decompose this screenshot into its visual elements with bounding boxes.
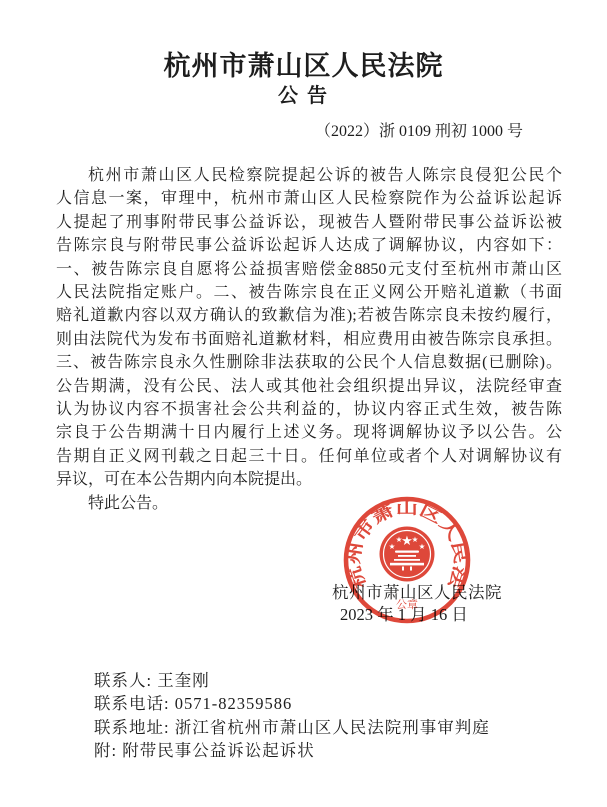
body-line: 告期自正义网刊载之日起三十日。任何单位或者个人对调解协议有: [56, 445, 562, 468]
body-line: 则由法院代为发布书面赔礼道歉材料，相应费用由被告陈宗良承担。: [56, 328, 562, 351]
court-name-title: 杭州市萧山区人民法院: [0, 50, 607, 82]
contact-line: 联系人: 王奎刚: [94, 669, 490, 692]
contact-info: 联系人: 王奎刚联系电话: 0571-82359586联系地址: 浙江省杭州市萧…: [94, 669, 490, 763]
doc-type-title: 公 告: [0, 84, 607, 108]
body-line: 宗良于公告期满十日内履行上述义务。现将调解协议予以公告。公: [56, 421, 562, 444]
contact-line: 附: 附带民事公益诉讼起诉状: [94, 739, 490, 762]
contact-line: 联系电话: 0571-82359586: [94, 692, 490, 715]
body-line: 人民法院指定账户。二、被告陈宗良在正义网公开赔礼道歉（书面: [56, 281, 562, 304]
body-line: 告陈宗良与附带民事公益诉讼起诉人达成了调解协议，内容如下：: [56, 234, 562, 257]
national-emblem-icon: ★ ★ ★ ★ ★: [380, 527, 435, 582]
svg-text:★: ★: [401, 533, 413, 548]
case-number: （2022）浙 0109 刑初 1000 号: [315, 122, 523, 142]
svg-text:★: ★: [396, 535, 403, 544]
body-line: 三、被告陈宗良永久性删除非法获取的公民个人信息数据(已删除)。: [56, 351, 562, 374]
signature-court-name: 杭州市萧山区人民法院: [332, 581, 502, 604]
announcement-body: 杭州市萧山区人民检察院提起公诉的被告人陈宗良侵犯公民个人信息一案，审理中，杭州市…: [56, 164, 562, 515]
body-line: 人信息一案，审理中，杭州市萧山区人民检察院作为公益诉讼起诉: [56, 187, 562, 210]
signature-date: 2023 年 1 月 16 日: [340, 603, 468, 626]
body-line: 认为协议内容不损害社会公共利益的，协议内容正式生效，被告陈: [56, 398, 562, 421]
body-line: 公告期满，没有公民、法人或其他社会组织提出异议，法院经审查: [56, 375, 562, 398]
body-line: 一、被告陈宗良自愿将公益损害赔偿金8850元支付至杭州市萧山区: [56, 258, 562, 281]
contact-line: 联系地址: 浙江省杭州市萧山区人民法院刑事审判庭: [94, 716, 490, 739]
svg-text:★: ★: [389, 542, 396, 551]
svg-text:★: ★: [412, 535, 419, 544]
court-announcement-page: 杭州市萧山区人民法院 公 告 （2022）浙 0109 刑初 1000 号 杭州…: [0, 0, 607, 807]
body-line: 人提起了刑事附带民事公益诉讼，现被告人暨附带民事公益诉讼被: [56, 211, 562, 234]
svg-text:★: ★: [419, 542, 426, 551]
body-line: 异议，可在本公告期内向本院提出。: [56, 468, 562, 491]
body-line: 杭州市萧山区人民检察院提起公诉的被告人陈宗良侵犯公民个: [56, 164, 562, 187]
body-line: 赔礼道歉内容以双方确认的致歉信为准);若被告陈宗良未按约履行，: [56, 304, 562, 327]
body-line: 特此公告。: [56, 492, 562, 515]
